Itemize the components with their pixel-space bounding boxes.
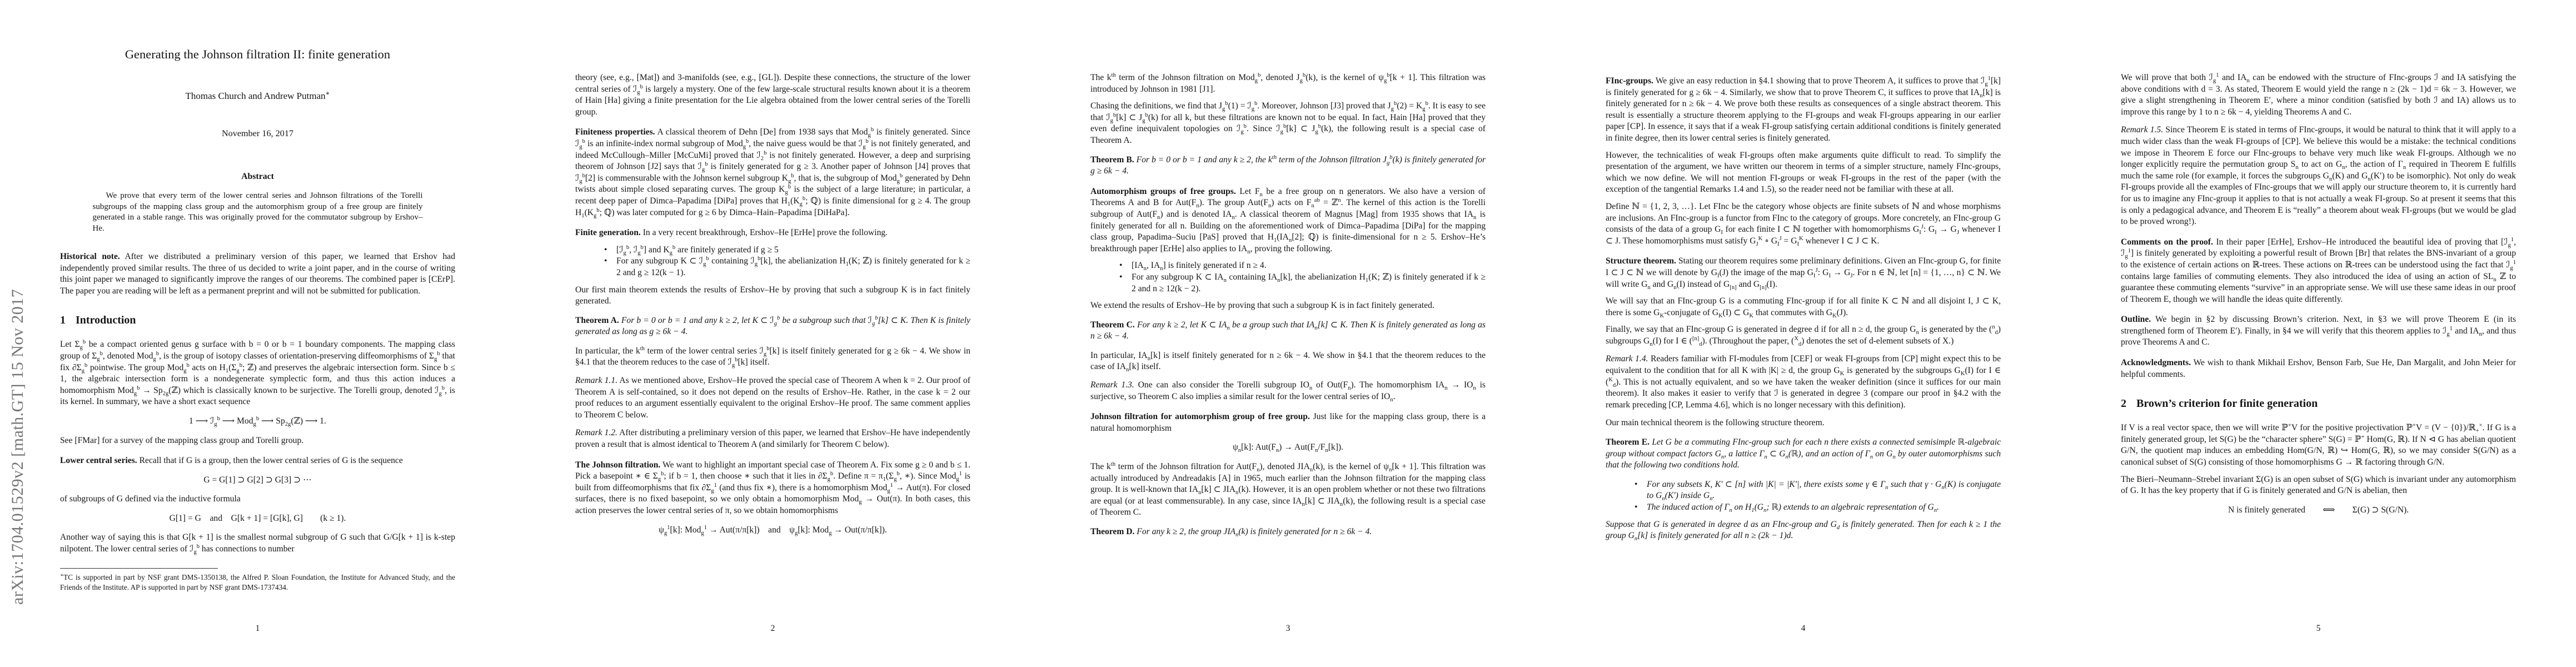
remark-text: Readers familiar with FI-modules from [C…	[1606, 354, 2001, 409]
page-3: The kth term of the Johnson filtration o…	[1030, 0, 1546, 667]
section-title: Brown’s criterion for finite generation	[2136, 397, 2318, 410]
paragraph: See [FMar] for a survey of the mapping c…	[60, 435, 455, 447]
theorem-text: For any k ≥ 2, the group JIAn(k) is fini…	[1134, 527, 1372, 536]
lead-paragraph: Structure theorem. Stating our theorem r…	[1606, 256, 2001, 290]
bullet-text: The induced action of Γn on H1(Gn; ℝ) ex…	[1647, 502, 2001, 514]
bullet-icon: •	[604, 245, 616, 256]
page-number: 1	[0, 623, 515, 635]
lead-para-lead: Structure theorem.	[1606, 256, 1676, 266]
page-body: FInc-groups. We give an easy reduction i…	[1606, 67, 2001, 547]
paragraph: In particular, IAn[k] is itself finitely…	[1090, 350, 1486, 373]
paragraph: Suppose that G is generated in degree d …	[1606, 519, 2001, 542]
lead-para-text: In their paper [ErHe], Ershov–He introdu…	[2121, 237, 2516, 304]
display-equation: ψn[k]: Aut(Fn) → Aut(Fn/Fn[k]).	[1090, 442, 1486, 454]
paragraph: Another way of saying this is that G[k +…	[60, 532, 455, 555]
bullet-icon: •	[1635, 502, 1647, 514]
lead-para-lead: Finiteness properties.	[575, 127, 655, 137]
lead-para-lead: Comments on the proof.	[2121, 237, 2213, 247]
theorem: Theorem A. For b = 0 or b = 1 and any k …	[575, 315, 970, 338]
remark-lead: Remark 1.4.	[1606, 354, 1648, 364]
remark: Remark 1.2. After distributing a prelimi…	[575, 427, 970, 450]
lead-paragraph: Comments on the proof. In their paper [E…	[2121, 237, 2516, 306]
remark-text: Since Theorem E is stated in terms of FI…	[2121, 125, 2516, 226]
bullet-icon: •	[1635, 479, 1647, 502]
paper-authors: Thomas Church and Andrew Putman∗	[60, 91, 455, 102]
lead-para-text: We begin in §2 by discussing Brown’s cri…	[2121, 315, 2516, 347]
lead-paragraph: The Johnson filtration. We want to highl…	[575, 460, 970, 517]
abstract-heading: Abstract	[60, 171, 455, 183]
section-number: 2	[2121, 397, 2126, 410]
paper-title: Generating the Johnson filtration II: fi…	[60, 47, 455, 62]
lead-para-lead: Lower central series.	[60, 456, 137, 465]
paragraph: Chasing the definitions, we find that Jg…	[1090, 101, 1486, 146]
lead-para-lead: The Johnson filtration.	[575, 460, 660, 470]
theorem-lead: Theorem C.	[1090, 320, 1135, 330]
lead-para-lead: FInc-groups.	[1606, 76, 1653, 86]
remark: Remark 1.4. Readers familiar with FI-mod…	[1606, 354, 2001, 411]
bullet-text: For any subgroup K ⊂ ℐgb containing ℐgb[…	[616, 256, 970, 278]
theorem-text: For b = 0 or b = 1 and any k ≥ 2, the kt…	[1090, 155, 1486, 176]
page-number: 2	[515, 623, 1030, 635]
paragraph: of subgroups of G defined via the induct…	[60, 494, 455, 505]
page-number: 3	[1030, 623, 1546, 635]
page-5: We will prove that both ℐg1 and IAn can …	[2061, 0, 2576, 667]
lead-para-lead: Outline.	[2121, 315, 2151, 324]
remark: Remark 1.3. One can also consider the To…	[1090, 380, 1486, 402]
remark: Remark 1.5. Since Theorem E is stated in…	[2121, 125, 2516, 227]
author-footnote-mark: ∗	[326, 89, 330, 97]
page-1: arXiv:1704.01529v2 [math.GT] 15 Nov 2017…	[0, 0, 515, 667]
paragraph: If V is a real vector space, then we wil…	[2121, 422, 2516, 468]
page-body: The kth term of the Johnson filtration o…	[1090, 67, 1486, 546]
paragraph: Let Σgb be a compact oriented genus g su…	[60, 339, 455, 408]
section-number: 1	[60, 313, 66, 327]
lead-para-lead: Acknowledgments.	[2121, 358, 2191, 367]
display-equation: G = G[1] ⊃ G[2] ⊃ G[3] ⊃ ⋯	[60, 475, 455, 486]
bullet-item: •[IAn, IAn] is finitely generated if n ≥…	[1090, 260, 1486, 272]
lead-paragraph: Finiteness properties. A classical theor…	[575, 127, 970, 218]
bullet-text: [ℐgb, ℐgb] and Kgb are finitely generate…	[616, 245, 970, 256]
section-heading: 1Introduction	[60, 313, 455, 327]
theorem: Theorem C. For any k ≥ 2, let K ⊂ IAn be…	[1090, 320, 1486, 342]
paragraph: Finally, we say that an FInc-group G is …	[1606, 324, 2001, 347]
remark-text: After distributing a preliminary version…	[575, 428, 970, 449]
paragraph: Define ℕ = {1, 2, 3, …}. Let FInc be the…	[1606, 201, 2001, 247]
paragraph: We will prove that both ℐg1 and IAn can …	[2121, 72, 2516, 118]
lead-para-lead: Automorphism groups of free groups.	[1090, 187, 1236, 196]
bullet-icon: •	[604, 256, 616, 278]
bullet-text: For any subsets K, K′ ⊂ [n] with |K| = |…	[1647, 479, 2001, 502]
remark-text: One can also consider the Torelli subgro…	[1090, 380, 1486, 401]
bullet-list: •For any subsets K, K′ ⊂ [n] with |K| = …	[1606, 479, 2001, 514]
remark-lead: Remark 1.3.	[1090, 380, 1134, 390]
remark-lead: Remark 1.5.	[2121, 125, 2163, 135]
paragraph: In particular, the kth term of the lower…	[575, 346, 970, 369]
lead-paragraph: Johnson filtration for automorphism grou…	[1090, 411, 1486, 434]
footnote-text: ∗TC is supported in part by NSF grant DM…	[60, 573, 455, 591]
lead-paragraph: Lower central series. Recall that if G i…	[60, 455, 455, 467]
bullet-icon: •	[1119, 272, 1132, 295]
bullet-item: •The induced action of Γn on H1(Gn; ℝ) e…	[1606, 502, 2001, 514]
lead-para-text: Recall that if G is a group, then the lo…	[137, 456, 403, 465]
arxiv-stamp: arXiv:1704.01529v2 [math.GT] 15 Nov 2017	[12, 289, 24, 605]
page-body: We will prove that both ℐg1 and IAn can …	[2121, 67, 2516, 524]
bullet-item: •For any subgroup K ⊂ ℐgb containing ℐgb…	[575, 256, 970, 278]
bullet-item: •[ℐgb, ℐgb] and Kgb are finitely generat…	[575, 245, 970, 256]
theorem-lead: Theorem B.	[1090, 155, 1134, 165]
bullet-list: •[ℐgb, ℐgb] and Kgb are finitely generat…	[575, 245, 970, 279]
theorem: Theorem D. For any k ≥ 2, the group JIAn…	[1090, 526, 1486, 538]
lead-para-lead: Finite generation.	[575, 228, 641, 237]
document-canvas: arXiv:1704.01529v2 [math.GT] 15 Nov 2017…	[0, 0, 2576, 667]
paragraph: We extend the results of Ershov–He by pr…	[1090, 300, 1486, 312]
abstract-text: We prove that every term of the lower ce…	[93, 191, 423, 235]
theorem-lead: Theorem E.	[1606, 437, 1650, 447]
lead-paragraph: Acknowledgments. We wish to thank Mikhai…	[2121, 357, 2516, 380]
theorem: Theorem B. For b = 0 or b = 1 and any k …	[1090, 155, 1486, 177]
paper-date: November 16, 2017	[60, 128, 455, 140]
paragraph: The kth term of the Johnson filtration f…	[1090, 461, 1486, 519]
remark-lead: Remark 1.1.	[575, 376, 617, 385]
bullet-list: •[IAn, IAn] is finitely generated if n ≥…	[1090, 260, 1486, 295]
paragraph: Our first main theorem extends the resul…	[575, 285, 970, 307]
page-body: theory (see, e.g., [Mat]) and 3-manifold…	[575, 67, 970, 544]
lead-paragraph: FInc-groups. We give an easy reduction i…	[1606, 76, 2001, 145]
remark-lead: Remark 1.2.	[575, 428, 617, 437]
theorem-lead: Theorem A.	[575, 316, 619, 325]
paragraph: We will say that an FInc-group G is a co…	[1606, 296, 2001, 318]
lead-para-text: A classical theorem of Dehn [De] from 19…	[575, 127, 970, 217]
bullet-item: •For any subgroup K ⊂ IAn containing IAn…	[1090, 272, 1486, 295]
lead-para-text: In a very recent breakthrough, Ershov–He…	[641, 228, 888, 237]
theorem: Theorem E. Let G be a commuting FInc-gro…	[1606, 437, 2001, 471]
bullet-text: For any subgroup K ⊂ IAn containing IAn[…	[1132, 272, 1486, 295]
page-number: 5	[2061, 623, 2576, 635]
footnote-rule	[60, 568, 218, 569]
page-number: 4	[1546, 623, 2061, 635]
page-body: Generating the Johnson filtration II: fi…	[60, 47, 455, 561]
lead-para-lead: Johnson filtration for automorphism grou…	[1090, 412, 1310, 421]
lead-paragraph: Historical note. After we distributed a …	[60, 251, 455, 297]
bullet-item: •For any subsets K, K′ ⊂ [n] with |K| = …	[1606, 479, 2001, 502]
display-equation: 1 ⟶ ℐgb ⟶ Modgb ⟶ Sp2g(ℤ) ⟶ 1.	[60, 416, 455, 427]
lead-para-lead: Historical note.	[60, 252, 120, 261]
section-title: Introduction	[76, 314, 136, 326]
theorem-lead: Theorem D.	[1090, 527, 1134, 536]
theorem-text: Let G be a commuting FInc-group such for…	[1606, 437, 2001, 470]
lead-para-text: We give an easy reduction in §4.1 showin…	[1606, 76, 2001, 143]
lead-paragraph: Finite generation. In a very recent brea…	[575, 227, 970, 239]
lead-paragraph: Outline. We begin in §2 by discussing Br…	[2121, 314, 2516, 349]
paragraph: The kth term of the Johnson filtration o…	[1090, 72, 1486, 95]
theorem-text: For any k ≥ 2, let K ⊂ IAn be a group su…	[1090, 320, 1486, 341]
lead-para-text: Let Fn be a free group on n generators. …	[1090, 187, 1486, 253]
section-heading: 2Brown’s criterion for finite generation	[2121, 397, 2516, 410]
page-2: theory (see, e.g., [Mat]) and 3-manifold…	[515, 0, 1030, 667]
theorem-text: For b = 0 or b = 1 and any k ≥ 2, let K …	[575, 316, 970, 337]
bullet-text: [IAn, IAn] is finitely generated if n ≥ …	[1132, 260, 1486, 272]
remark: Remark 1.1. As we mentioned above, Ersho…	[575, 375, 970, 421]
paragraph: theory (see, e.g., [Mat]) and 3-manifold…	[575, 72, 970, 118]
lead-paragraph: Automorphism groups of free groups. Let …	[1090, 186, 1486, 255]
footnote: ∗TC is supported in part by NSF grant DM…	[60, 568, 455, 592]
page-4: FInc-groups. We give an easy reduction i…	[1546, 0, 2061, 667]
paragraph: The Bieri–Neumann–Strebel invariant Σ(G)…	[2121, 474, 2516, 497]
remark-text: As we mentioned above, Ershov–He proved …	[575, 376, 970, 420]
display-equation: ψg1[k]: Modg1 → Aut(π/π[k]) and ψg[k]: M…	[575, 525, 970, 536]
display-equation: N is finitely generated ⟺ Σ(G) ⊃ S(G/N).	[2121, 505, 2516, 516]
display-equation: G[1] = G and G[k + 1] = [G[k], G] (k ≥ 1…	[60, 513, 455, 525]
paragraph: Our main technical theorem is the follow…	[1606, 417, 2001, 429]
bullet-icon: •	[1119, 260, 1132, 272]
paragraph: However, the technicalities of weak FI-g…	[1606, 150, 2001, 196]
